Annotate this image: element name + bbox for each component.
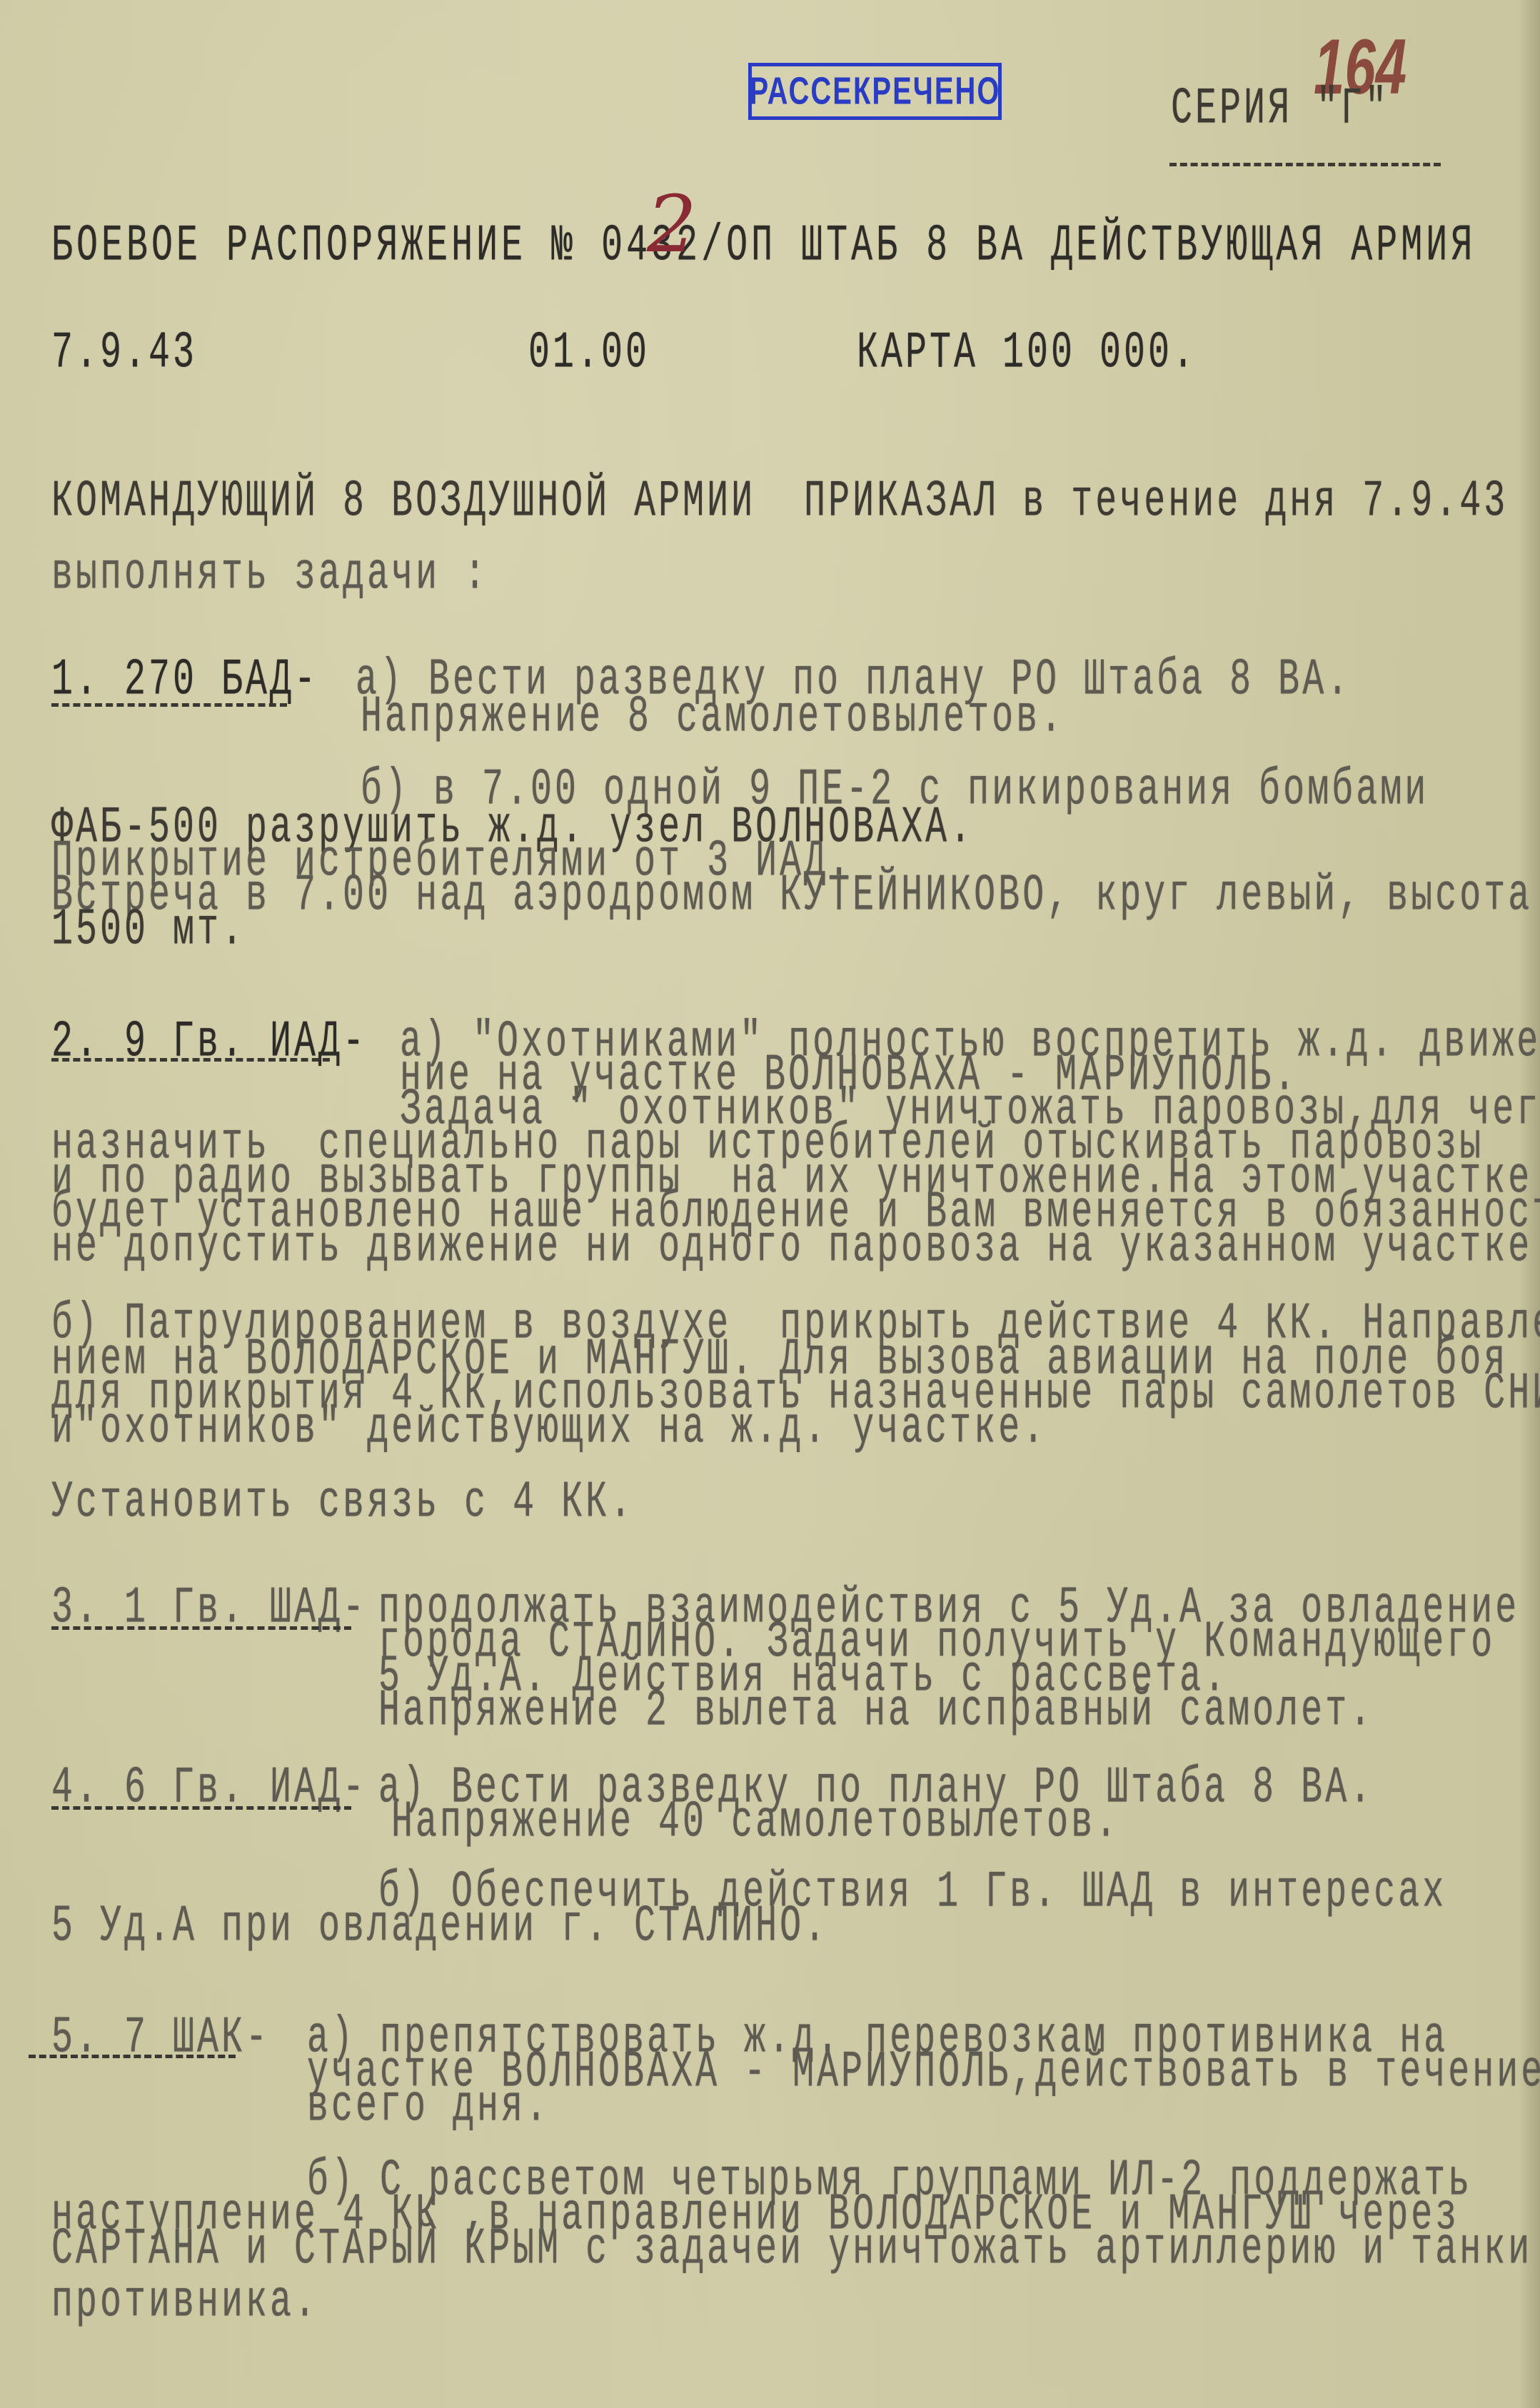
series-label: СЕРИЯ "Г": [1171, 84, 1389, 136]
stamp-text: РАССЕКРЕЧЕНО: [749, 70, 1000, 114]
task-line: всего дня.: [307, 2082, 550, 2134]
task-line: 5 Уд.А при овладении г. СТАЛИНО.: [51, 1902, 828, 1954]
series-underline: [1169, 163, 1441, 166]
task-line: и"охотников" действующих на ж.д. участке…: [51, 1404, 1047, 1456]
task-4-underline: [51, 1806, 351, 1810]
document-title: БОЕВОЕ РАСПОРЯЖЕНИЕ № 0432/ОП ШТАБ 8 ВА …: [51, 221, 1476, 273]
task-5-underline: [29, 2055, 236, 2058]
intro-line-2: выполнять задачи :: [51, 550, 488, 602]
task-line: противника.: [51, 2277, 318, 2329]
intro-line-1: КОМАНДУЮЩИЙ 8 ВОЗДУШНОЙ АРМИИ ПРИКАЗАЛ в…: [51, 477, 1508, 529]
task-line: не допустить движение ни одного паровоза…: [51, 1222, 1540, 1274]
task-line: САРТАНА и СТАРЫЙ КРЫМ с задачей уничтожа…: [51, 2225, 1532, 2277]
task-line: Напряжение 2 вылета на исправный самолет…: [378, 1686, 1374, 1738]
declassified-stamp: РАССЕКРЕЧЕНО: [748, 63, 1002, 120]
task-1-underline: [51, 703, 287, 707]
document-date: 7.9.43: [51, 328, 197, 381]
handwritten-correction: 2: [647, 178, 697, 270]
task-line: Напряжение 40 самолетовылетов.: [391, 1798, 1119, 1850]
task-line: Встреча в 7.00 над аэродромом КУТЕЙНИКОВ…: [51, 871, 1532, 923]
document-time: 01.00: [528, 328, 650, 381]
task-line: Установить связь с 4 КК.: [51, 1478, 634, 1530]
map-scale: КАРТА 100 000.: [857, 328, 1197, 381]
task-2-underline: [51, 1058, 330, 1062]
task-3-underline: [51, 1626, 351, 1630]
task-line: Напряжение 8 самолетовылетов.: [361, 692, 1065, 745]
task-line: 1500 мт.: [51, 905, 246, 957]
task-1-unit: 1. 270 БАД-: [51, 655, 318, 707]
